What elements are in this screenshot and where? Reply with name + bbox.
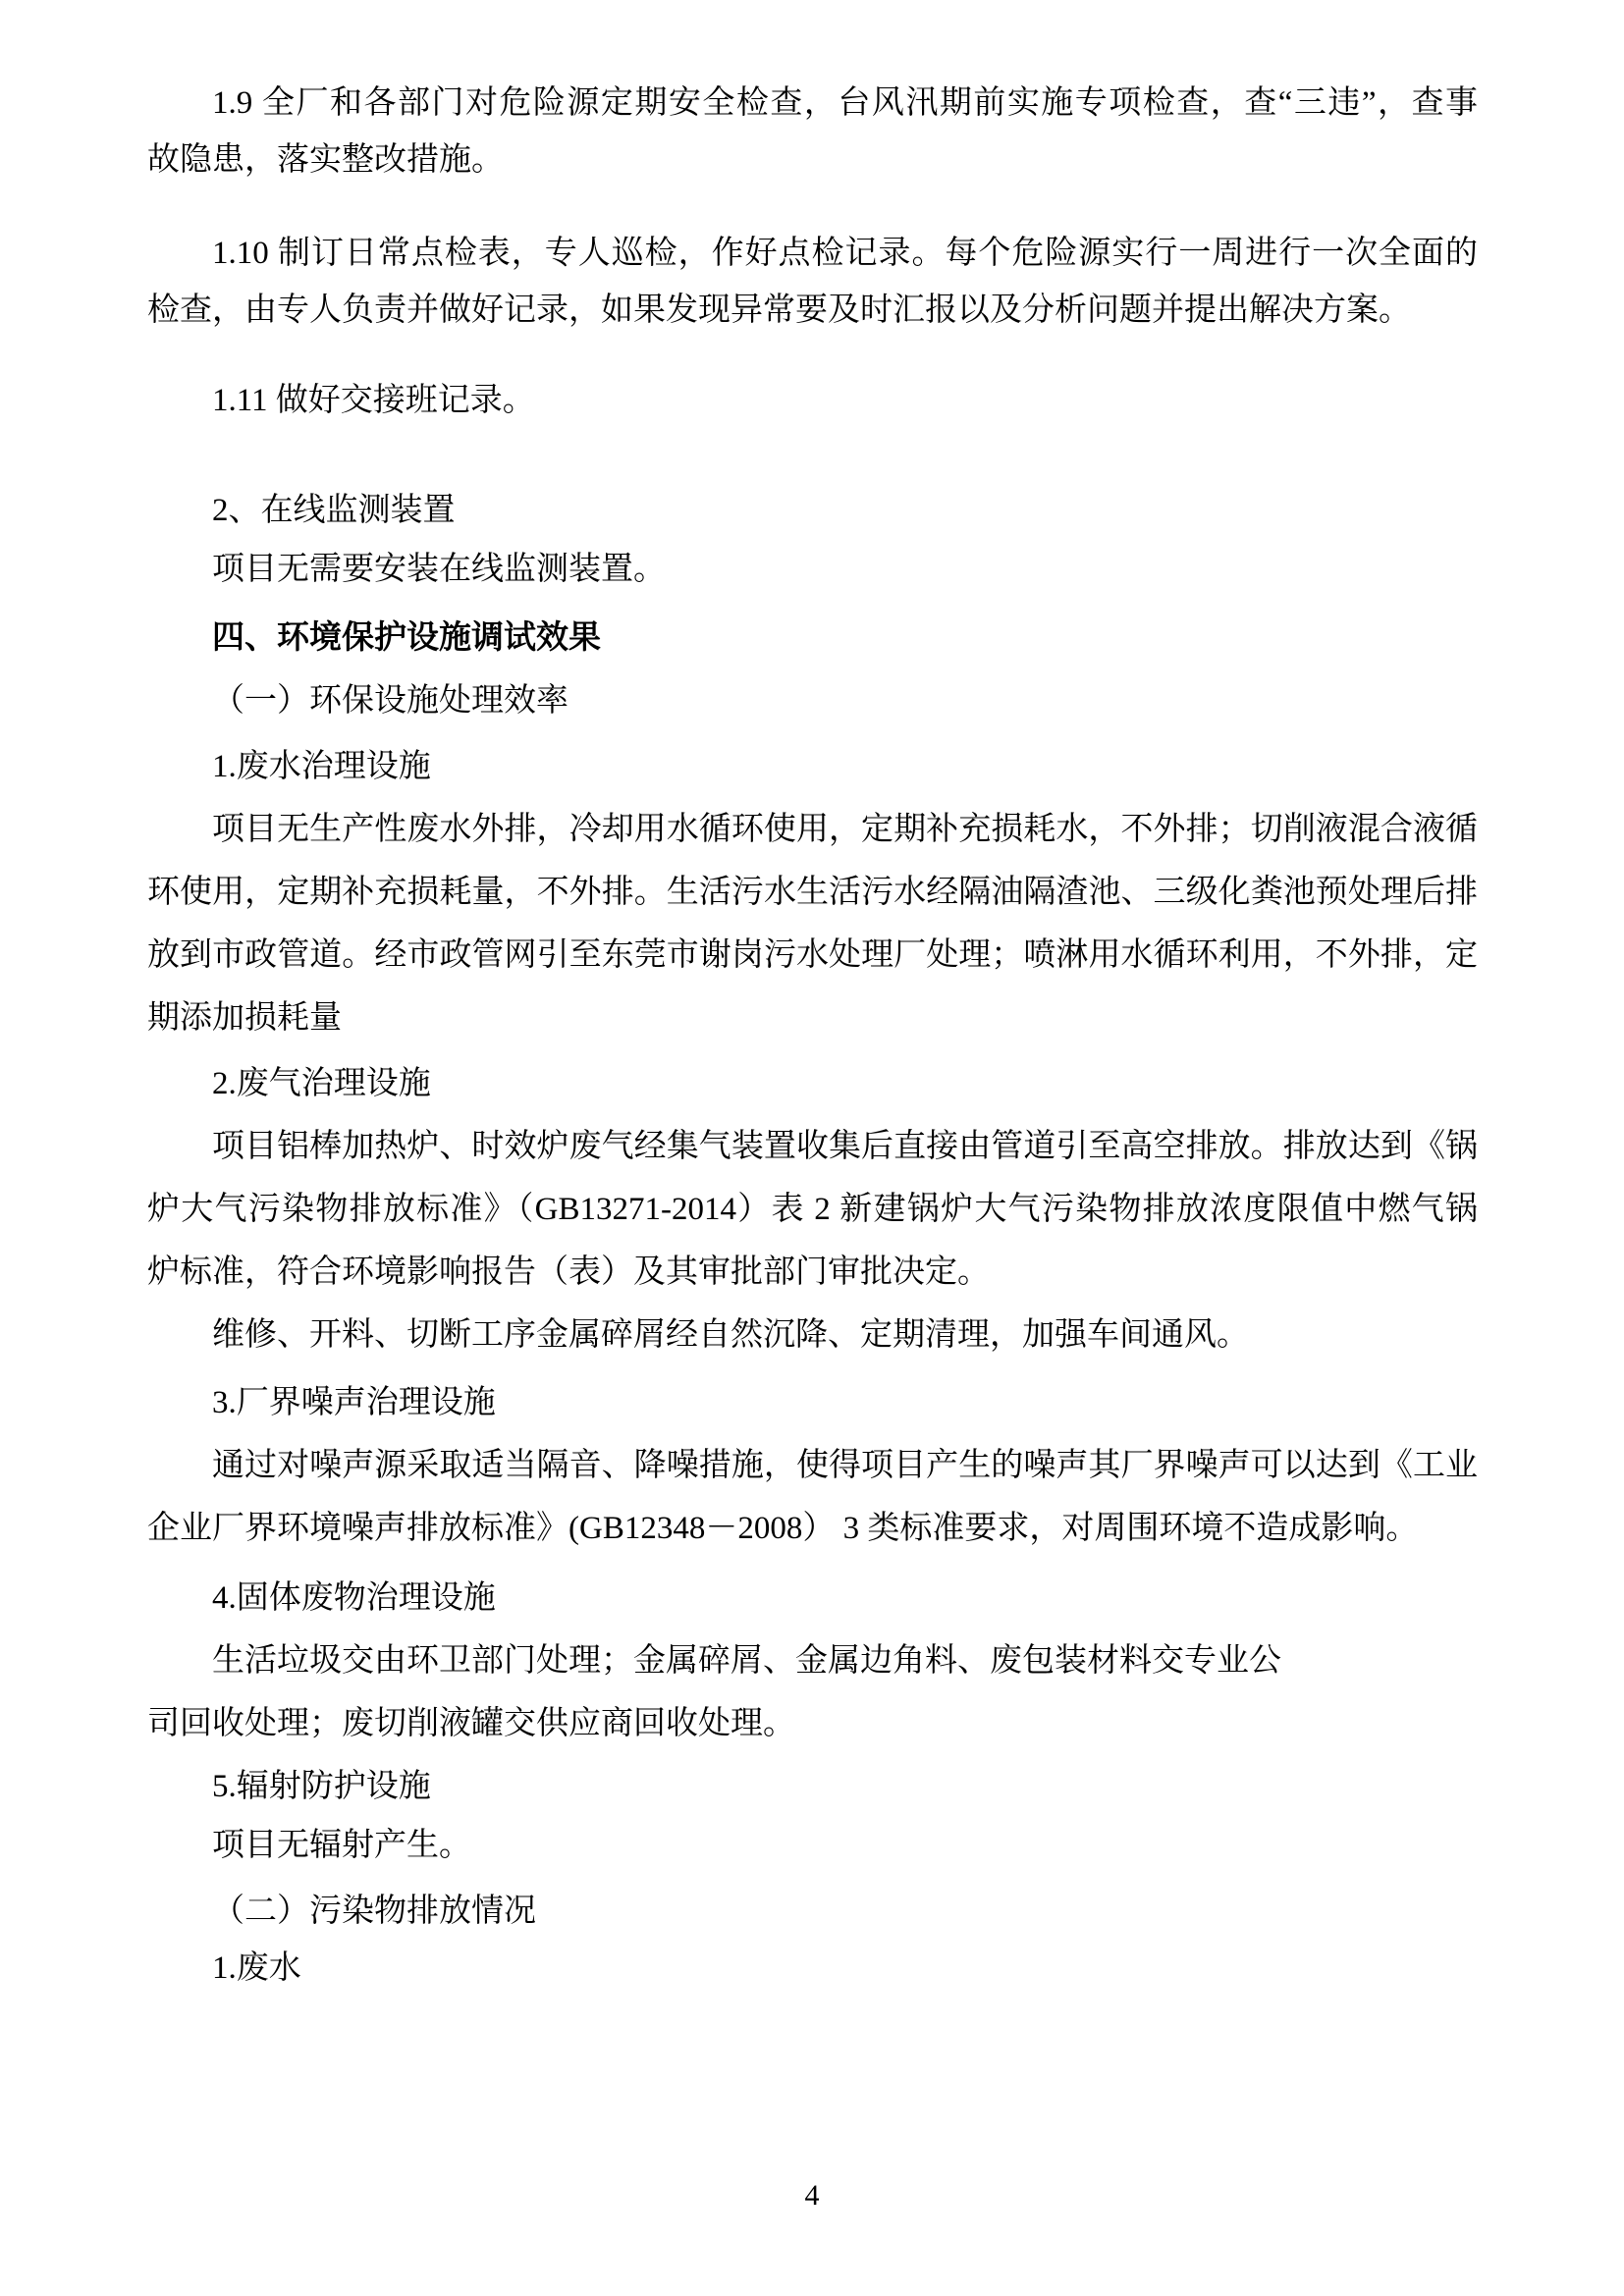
text-line: 炉大气污染物排放标准》（GB13271-2014）表 2 新建锅炉大气污染物排放…: [147, 1178, 1478, 1241]
text-line: 放到市政管道。经市政管网引至东莞市谢岗污水处理厂处理；喷淋用水循环利用，不外排，…: [147, 924, 1478, 987]
text-line: 司回收处理；废切削液罐交供应商回收处理。: [147, 1692, 1478, 1755]
text-line: 项目铝棒加热炉、时效炉废气经集气装置收集后直接由管道引至高空排放。排放达到《锅: [147, 1115, 1478, 1178]
document-body: 1.9 全厂和各部门对危险源定期安全检查，台风汛期前实施专项检查，查“三违”，查…: [147, 75, 1478, 2000]
document-page: 1.9 全厂和各部门对危险源定期安全检查，台风汛期前实施专项检查，查“三违”，查…: [0, 0, 1624, 2296]
paragraph-noise: 通过对噪声源采取适当隔音、降噪措施，使得项目产生的噪声其厂界噪声可以达到《工业 …: [147, 1434, 1478, 1560]
paragraph-exhaust: 项目铝棒加热炉、时效炉废气经集气装置收集后直接由管道引至高空排放。排放达到《锅 …: [147, 1115, 1478, 1304]
text-line: 故隐患，落实整改措施。: [147, 132, 1478, 188]
text-line: 2、在线监测装置: [147, 482, 1478, 539]
heading-subsection-2: （二）污染物排放情况: [147, 1880, 1478, 1943]
text-line: 项目无辐射产生。: [147, 1814, 1478, 1877]
heading-wastewater: 1.废水: [147, 1937, 1478, 2000]
text-line: 维修、开料、切断工序金属碎屑经自然沉降、定期清理，加强车间通风。: [147, 1304, 1478, 1366]
page-number: 4: [0, 2167, 1624, 2224]
text-line: 期添加损耗量: [147, 987, 1478, 1049]
paragraph-solid-waste: 生活垃圾交由环卫部门处理；金属碎屑、金属边角料、废包装材料交专业公 司回收处理；…: [147, 1629, 1478, 1755]
heading-noise-facility: 3.厂界噪声治理设施: [147, 1371, 1478, 1434]
heading-wastewater-facility: 1.废水治理设施: [147, 735, 1478, 798]
text-line: 1.11 做好交接班记录。: [147, 372, 1478, 429]
heading-radiation-facility: 5.辐射防护设施: [147, 1755, 1478, 1818]
text-line: 通过对噪声源采取适当隔音、降噪措施，使得项目产生的噪声其厂界噪声可以达到《工业: [147, 1434, 1478, 1497]
paragraph-online-monitoring: 项目无需要安装在线监测装置。: [147, 541, 1478, 598]
paragraph-radiation: 项目无辐射产生。: [147, 1814, 1478, 1877]
text-line: 环使用，定期补充损耗量，不外排。生活污水生活污水经隔油隔渣池、三级化粪池预处理后…: [147, 861, 1478, 924]
text-line: 检查，由专人负责并做好记录，如果发现异常要及时汇报以及分析问题并提出解决方案。: [147, 282, 1478, 339]
section-title: 四、环境保护设施调试效果: [147, 607, 1478, 669]
heading-subsection-1: （一）环保设施处理效率: [147, 669, 1478, 732]
paragraph-item-1-11: 1.11 做好交接班记录。: [147, 372, 1478, 429]
text-line: 生活垃圾交由环卫部门处理；金属碎屑、金属边角料、废包装材料交专业公: [147, 1629, 1478, 1692]
text-line: 2.废气治理设施: [147, 1052, 1478, 1115]
text-line: 3.厂界噪声治理设施: [147, 1371, 1478, 1434]
text-line: 企业厂界环境噪声排放标准》(GB12348－2008） 3 类标准要求，对周围环…: [147, 1497, 1478, 1560]
paragraph-metal-debris: 维修、开料、切断工序金属碎屑经自然沉降、定期清理，加强车间通风。: [147, 1304, 1478, 1366]
text-line: 1.10 制订日常点检表，专人巡检，作好点检记录。每个危险源实行一周进行一次全面…: [147, 225, 1478, 282]
text-line: 1.废水治理设施: [147, 735, 1478, 798]
text-line: 炉标准，符合环境影响报告（表）及其审批部门审批决定。: [147, 1241, 1478, 1304]
text-line: 4.固体废物治理设施: [147, 1567, 1478, 1629]
heading-solid-waste-facility: 4.固体废物治理设施: [147, 1567, 1478, 1629]
text-line: （一）环保设施处理效率: [147, 669, 1478, 732]
heading-section-4: 四、环境保护设施调试效果: [147, 607, 1478, 669]
paragraph-item-1-9: 1.9 全厂和各部门对危险源定期安全检查，台风汛期前实施专项检查，查“三违”，查…: [147, 75, 1478, 188]
heading-online-monitoring: 2、在线监测装置: [147, 482, 1478, 539]
text-line: 项目无生产性废水外排，冷却用水循环使用，定期补充损耗水，不外排；切削液混合液循: [147, 798, 1478, 861]
text-line: （二）污染物排放情况: [147, 1880, 1478, 1943]
heading-exhaust-facility: 2.废气治理设施: [147, 1052, 1478, 1115]
text-line: 1.废水: [147, 1937, 1478, 2000]
paragraph-item-1-10: 1.10 制订日常点检表，专人巡检，作好点检记录。每个危险源实行一周进行一次全面…: [147, 225, 1478, 339]
text-line: 项目无需要安装在线监测装置。: [147, 541, 1478, 598]
text-line: 1.9 全厂和各部门对危险源定期安全检查，台风汛期前实施专项检查，查“三违”，查…: [147, 75, 1478, 132]
paragraph-wastewater: 项目无生产性废水外排，冷却用水循环使用，定期补充损耗水，不外排；切削液混合液循 …: [147, 798, 1478, 1049]
text-line: 5.辐射防护设施: [147, 1755, 1478, 1818]
